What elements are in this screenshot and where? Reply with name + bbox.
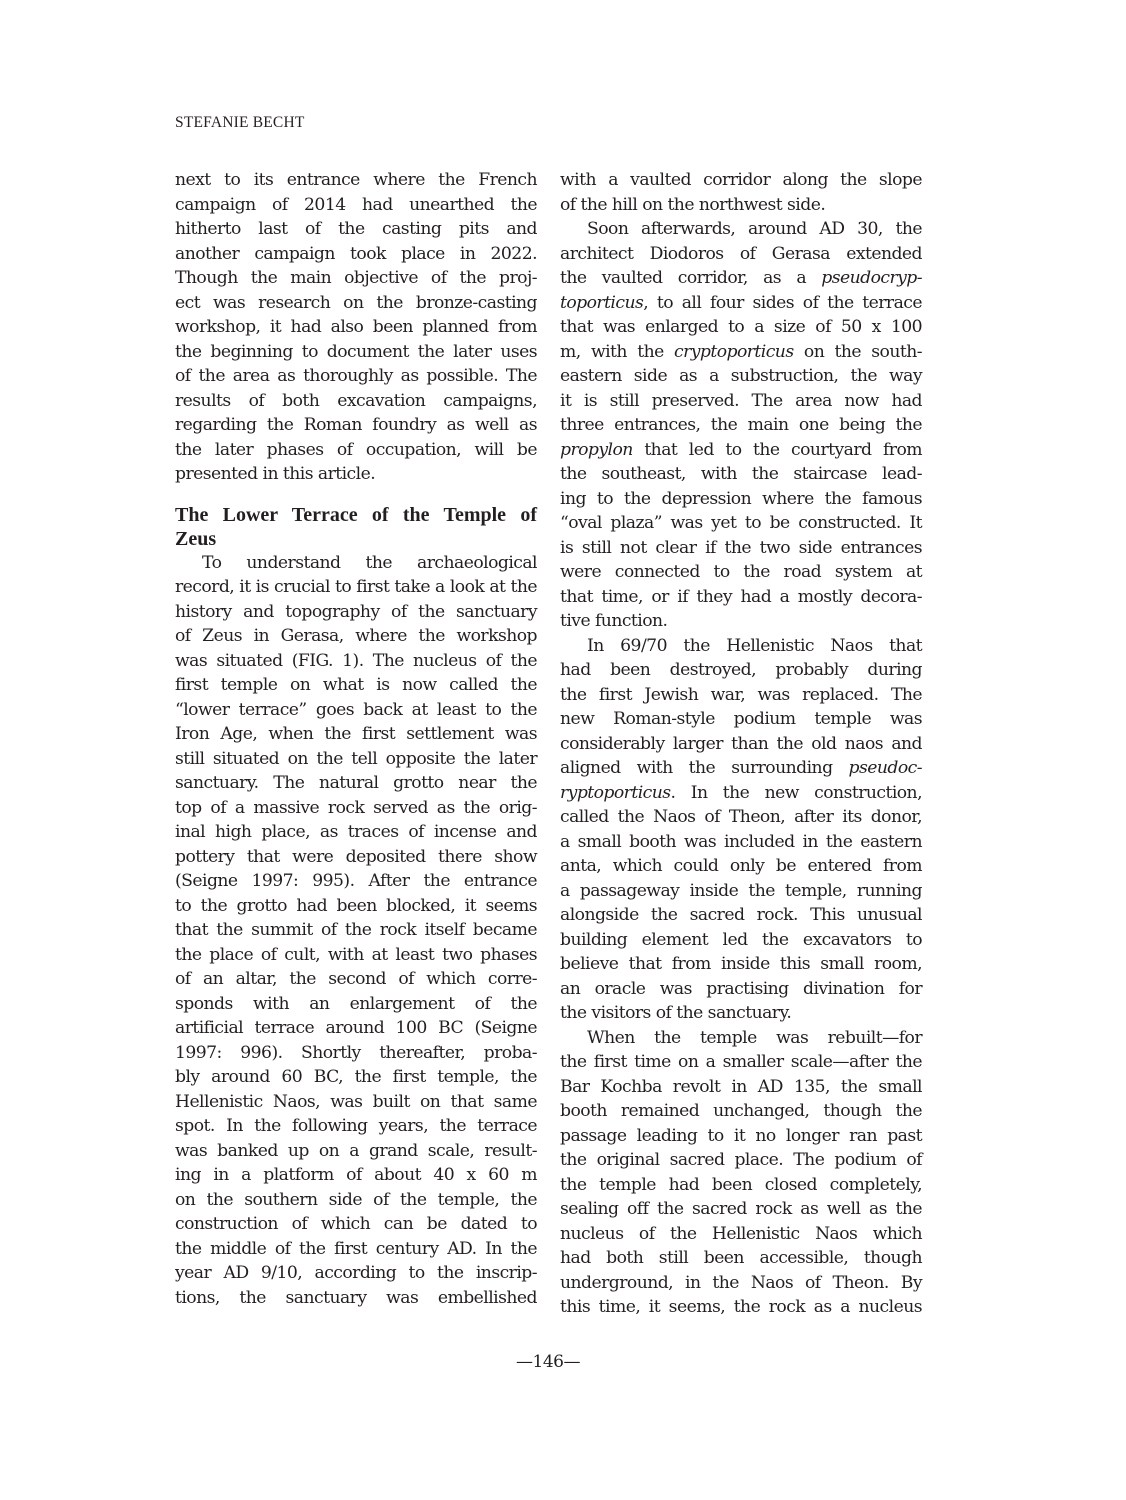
text-line: propylon that led to the courtyard from [560,438,922,463]
text-line: had been destroyed, probably during [560,658,922,683]
text-line: 1997: 996). Shortly thereafter, proba- [175,1041,537,1066]
text-line: on the southern side of the temple, the [175,1188,537,1213]
paragraph-intro-continued: next to its entrance where the French ca… [175,168,537,487]
text-line: spot. In the following years, the terrac… [175,1114,537,1139]
text-line: was banked up on a grand scale, result- [175,1139,537,1164]
text-line: sealing off the sacred rock as well as t… [560,1197,922,1222]
text-line: the vaulted corridor, as a pseudocryp- [560,266,922,291]
text-line: ect was research on the bronze-casting [175,291,537,316]
page-number: —146— [0,1352,1096,1372]
text-line: that time, or if they had a mostly decor… [560,585,922,610]
text-line: had both still been accessible, though [560,1246,922,1271]
text-line: When the temple was rebuilt—for [560,1026,922,1051]
text-line: new Roman-style podium temple was [560,707,922,732]
text-line: of an altar, the second of which corre- [175,967,537,992]
text-line: nucleus of the Hellenistic Naos which [560,1222,922,1247]
text-line: it is still preserved. The area now had [560,389,922,414]
section-gap [175,487,537,503]
text-line: that was enlarged to a size of 50 x 100 [560,315,922,340]
text-line: was situated (FIG. 1). The nucleus of th… [175,649,537,674]
text-line: toporticus, to all four sides of the ter… [560,291,922,316]
italic-term: ryptoporticus [560,783,671,803]
text-line: is still not clear if the two side entra… [560,536,922,561]
text-line: construction of which can be dated to [175,1212,537,1237]
paragraph-naos-of-theon: In 69/70 the Hellenistic Naos that had b… [560,634,922,1026]
text-line: workshop, it had also been planned from [175,315,537,340]
text-line: still situated on the tell opposite the … [175,747,537,772]
text-line: artificial terrace around 100 BC (Seigne [175,1016,537,1041]
text-line: eastern side as a substruction, the way [560,364,922,389]
text-line: record, it is crucial to first take a lo… [175,575,537,600]
text-line: results of both excavation campaigns, [175,389,537,414]
paragraph-rebuilt-temple: When the temple was rebuilt—for the firs… [560,1026,922,1320]
text-line: a small booth was included in the easter… [560,830,922,855]
text-segment: m, with the [560,342,674,362]
text-line: Though the main objective of the proj- [175,266,537,291]
text-line: building element led the excavators to [560,928,922,953]
text-line: presented in this article. [175,462,537,487]
text-line: hitherto last of the casting pits and [175,217,537,242]
paragraph-lower-terrace: To understand the archaeological record,… [175,551,537,1311]
text-line: were connected to the road system at [560,560,922,585]
text-line: next to its entrance where the French [175,168,537,193]
text-segment: on the south- [794,342,922,362]
section-heading: The Lower Terrace of the Temple of Zeus [175,503,537,551]
heading-line: Zeus [175,527,537,551]
text-line: of the area as thoroughly as possible. T… [175,364,537,389]
text-segment: , to all four sides of the terrace [643,293,922,313]
text-line: ing in a platform of about 40 x 60 m [175,1163,537,1188]
italic-term: pseudoc- [849,758,922,778]
text-line: tive function. [560,609,922,634]
heading-line: The Lower Terrace of the Temple of [175,503,537,527]
text-line: the middle of the first century AD. In t… [175,1237,537,1262]
italic-term: propylon [560,440,633,460]
text-line: considerably larger than the old naos an… [560,732,922,757]
text-line: anta, which could only be entered from [560,854,922,879]
text-line: passage leading to it no longer ran past [560,1124,922,1149]
text-line: the original sacred place. The podium of [560,1148,922,1173]
text-line: to the grotto had been blocked, it seems [175,894,537,919]
text-line: m, with the cryptoporticus on the south- [560,340,922,365]
text-line: alongside the sacred rock. This unusual [560,903,922,928]
italic-term: cryptoporticus [674,342,794,362]
text-line: a passageway inside the temple, running [560,879,922,904]
italic-term: pseudocryp- [821,268,922,288]
running-head-author: STEFANIE BECHT [175,114,305,132]
text-line: the temple had been closed completely, [560,1173,922,1198]
text-line: architect Diodoros of Gerasa extended [560,242,922,267]
text-line: pottery that were deposited there show [175,845,537,870]
text-line: the visitors of the sanctuary. [560,1001,922,1026]
paragraph-vaulted-corridor: with a vaulted corridor along the slope … [560,168,922,217]
text-line: tions, the sanctuary was embellished [175,1286,537,1311]
text-segment: aligned with the surrounding [560,758,849,778]
text-line: booth remained unchanged, though the [560,1099,922,1124]
text-line: history and topography of the sanctuary [175,600,537,625]
text-line: that the summit of the rock itself becam… [175,918,537,943]
text-line: the later phases of occupation, will be [175,438,537,463]
text-line: Hellenistic Naos, was built on that same [175,1090,537,1115]
text-line: of the hill on the northwest side. [560,193,922,218]
right-column: with a vaulted corridor along the slope … [560,168,922,1320]
text-line: first temple on what is now called the [175,673,537,698]
text-line: regarding the Roman foundry as well as [175,413,537,438]
text-line: this time, it seems, the rock as a nucle… [560,1295,922,1320]
text-line: the first Jewish war, was replaced. The [560,683,922,708]
text-line: the beginning to document the later uses [175,340,537,365]
text-line: ing to the depression where the famous [560,487,922,512]
italic-term: toporticus [560,293,643,313]
text-line: Bar Kochba revolt in AD 135, the small [560,1075,922,1100]
text-line: top of a massive rock served as the orig… [175,796,537,821]
text-line: (Seigne 1997: 995). After the entrance [175,869,537,894]
text-segment: that led to the courtyard from [633,440,922,460]
text-line: “oval plaza” was yet to be constructed. … [560,511,922,536]
text-line: with a vaulted corridor along the slope [560,168,922,193]
text-line: three entrances, the main one being the [560,413,922,438]
text-segment: . In the new construction, [671,783,922,803]
text-line: ryptoporticus. In the new construction, [560,781,922,806]
text-line: the first time on a smaller scale—after … [560,1050,922,1075]
text-line: aligned with the surrounding pseudoc- [560,756,922,781]
text-line: sponds with an enlargement of the [175,992,537,1017]
text-line: underground, in the Naos of Theon. By [560,1271,922,1296]
text-line: Iron Age, when the first settlement was [175,722,537,747]
text-line: another campaign took place in 2022. [175,242,537,267]
text-line: Soon afterwards, around AD 30, the [560,217,922,242]
text-line: campaign of 2014 had unearthed the [175,193,537,218]
text-line: called the Naos of Theon, after its dono… [560,805,922,830]
text-line: “lower terrace” goes back at least to th… [175,698,537,723]
text-line: To understand the archaeological [175,551,537,576]
left-column: next to its entrance where the French ca… [175,168,537,1310]
text-line: the place of cult, with at least two pha… [175,943,537,968]
text-line: of Zeus in Gerasa, where the workshop [175,624,537,649]
text-line: sanctuary. The natural grotto near the [175,771,537,796]
text-segment: the vaulted corridor, as a [560,268,821,288]
text-line: year AD 9/10, according to the inscrip- [175,1261,537,1286]
text-line: inal high place, as traces of incense an… [175,820,537,845]
text-line: an oracle was practising divination for [560,977,922,1002]
text-line: In 69/70 the Hellenistic Naos that [560,634,922,659]
paragraph-diodoros: Soon afterwards, around AD 30, the archi… [560,217,922,634]
text-line: believe that from inside this small room… [560,952,922,977]
text-line: the southeast, with the staircase lead- [560,462,922,487]
text-line: bly around 60 BC, the first temple, the [175,1065,537,1090]
